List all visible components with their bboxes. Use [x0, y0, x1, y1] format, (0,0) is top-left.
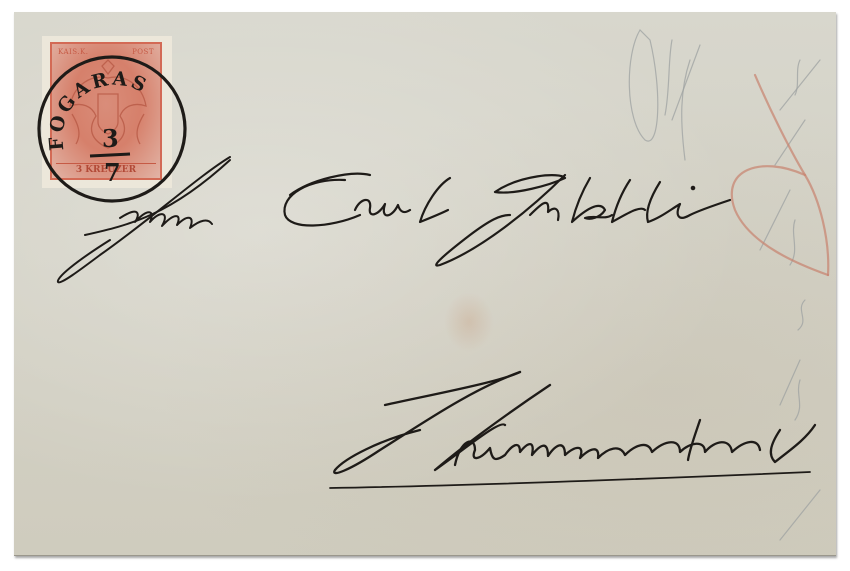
handwritten-address [0, 0, 850, 571]
name-last-script [436, 175, 730, 266]
